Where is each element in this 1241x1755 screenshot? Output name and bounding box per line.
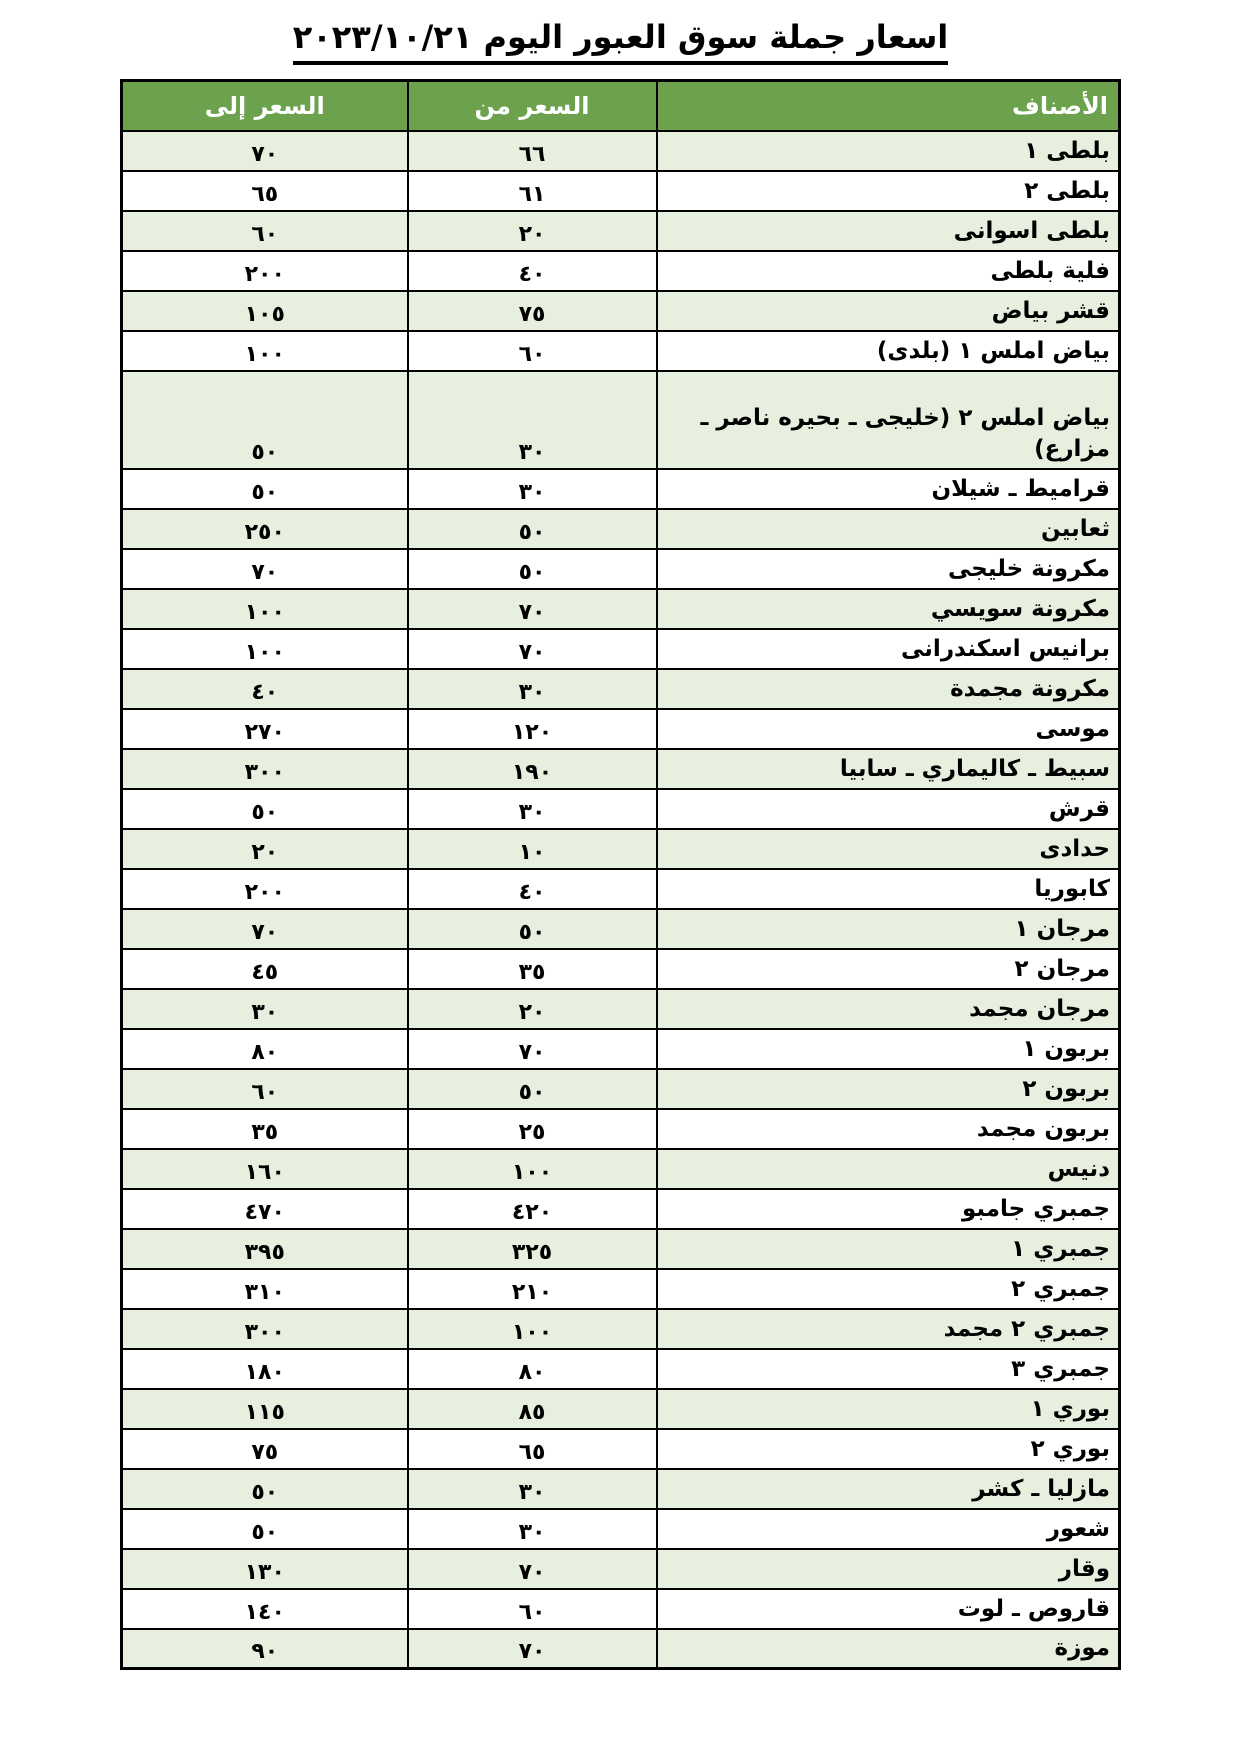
price-to-cell: ٦٥ <box>122 171 408 211</box>
item-name-cell: جمبري ٣ <box>657 1349 1120 1389</box>
table-row: جمبري ٢٢١٠٣١٠ <box>122 1269 1120 1309</box>
price-from-cell: ٦٥ <box>408 1429 657 1469</box>
price-from-cell: ٨٥ <box>408 1389 657 1429</box>
item-name-cell: ثعابين <box>657 509 1120 549</box>
price-to-cell: ٥٠ <box>122 1469 408 1509</box>
table-row: قاروص ـ لوت٦٠١٤٠ <box>122 1589 1120 1629</box>
table-row: مرجان ٢٣٥٤٥ <box>122 949 1120 989</box>
price-from-cell: ٣٠ <box>408 669 657 709</box>
table-row: مرجان ١٥٠٧٠ <box>122 909 1120 949</box>
price-to-cell: ٧٠ <box>122 909 408 949</box>
item-name-cell: سبيط ـ كاليماري ـ سابيا <box>657 749 1120 789</box>
price-to-cell: ٨٠ <box>122 1029 408 1069</box>
price-from-cell: ١٩٠ <box>408 749 657 789</box>
price-from-cell: ١٠ <box>408 829 657 869</box>
price-to-cell: ١٣٠ <box>122 1549 408 1589</box>
price-to-cell: ٢٠ <box>122 829 408 869</box>
item-name-cell: بوري ١ <box>657 1389 1120 1429</box>
item-name-cell: جمبري ١ <box>657 1229 1120 1269</box>
item-name-cell: قاروص ـ لوت <box>657 1589 1120 1629</box>
table-row: بلطى ١٦٦٧٠ <box>122 131 1120 171</box>
price-to-cell: ٦٠ <box>122 211 408 251</box>
price-from-cell: ٥٠ <box>408 509 657 549</box>
item-name-cell: كابوريا <box>657 869 1120 909</box>
price-to-cell: ٦٠ <box>122 1069 408 1109</box>
price-from-cell: ٣٠ <box>408 1509 657 1549</box>
table-row: موزة٧٠٩٠ <box>122 1629 1120 1669</box>
table-row: مرجان مجمد٢٠٣٠ <box>122 989 1120 1029</box>
table-row: بلطى ٢٦١٦٥ <box>122 171 1120 211</box>
item-name-cell: بلطى ٢ <box>657 171 1120 211</box>
price-to-cell: ١٦٠ <box>122 1149 408 1189</box>
price-from-cell: ٤٢٠ <box>408 1189 657 1229</box>
table-row: جمبري ٣٨٠١٨٠ <box>122 1349 1120 1389</box>
item-name-cell: بربون مجمد <box>657 1109 1120 1149</box>
price-from-cell: ٣٠ <box>408 371 657 469</box>
price-from-cell: ٨٠ <box>408 1349 657 1389</box>
table-row: مكرونة سويسي٧٠١٠٠ <box>122 589 1120 629</box>
item-name-cell: فلية بلطى <box>657 251 1120 291</box>
price-to-cell: ٣٠٠ <box>122 1309 408 1349</box>
item-name-cell: وقار <box>657 1549 1120 1589</box>
price-from-cell: ٦٠ <box>408 1589 657 1629</box>
table-row: بوري ١٨٥١١٥ <box>122 1389 1120 1429</box>
table-row: ثعابين٥٠٢٥٠ <box>122 509 1120 549</box>
table-row: دنيس١٠٠١٦٠ <box>122 1149 1120 1189</box>
document-page: اسعار جملة سوق العبور اليوم ٢٠٢٣/١٠/٢١ ا… <box>0 0 1241 1755</box>
table-row: بلطى اسوانى٢٠٦٠ <box>122 211 1120 251</box>
price-to-cell: ٢٧٠ <box>122 709 408 749</box>
price-to-cell: ٣٩٥ <box>122 1229 408 1269</box>
table-row: جمبري ٢ مجمد١٠٠٣٠٠ <box>122 1309 1120 1349</box>
price-from-cell: ١٢٠ <box>408 709 657 749</box>
price-to-cell: ٢٠٠ <box>122 869 408 909</box>
price-from-cell: ٤٠ <box>408 869 657 909</box>
price-from-cell: ٧٠ <box>408 629 657 669</box>
item-name-cell: بوري ٢ <box>657 1429 1120 1469</box>
page-title: اسعار جملة سوق العبور اليوم ٢٠٢٣/١٠/٢١ <box>293 18 949 65</box>
price-to-cell: ٤٥ <box>122 949 408 989</box>
table-row: شعور٣٠٥٠ <box>122 1509 1120 1549</box>
price-from-cell: ٢٠ <box>408 211 657 251</box>
price-from-cell: ٢١٠ <box>408 1269 657 1309</box>
column-header-price-from: السعر من <box>408 81 657 131</box>
item-name-cell: شعور <box>657 1509 1120 1549</box>
price-to-cell: ٤٧٠ <box>122 1189 408 1229</box>
table-row: وقار٧٠١٣٠ <box>122 1549 1120 1589</box>
price-from-cell: ٣٢٥ <box>408 1229 657 1269</box>
column-header-price-to: السعر إلى <box>122 81 408 131</box>
item-name-cell: مرجان ١ <box>657 909 1120 949</box>
column-header-items: الأصناف <box>657 81 1120 131</box>
table-row: بوري ٢٦٥٧٥ <box>122 1429 1120 1469</box>
item-name-cell: قرش <box>657 789 1120 829</box>
item-name-cell: بربون ٢ <box>657 1069 1120 1109</box>
price-to-cell: ٣٥ <box>122 1109 408 1149</box>
table-row: سبيط ـ كاليماري ـ سابيا١٩٠٣٠٠ <box>122 749 1120 789</box>
price-table: الأصناف السعر من السعر إلى بلطى ١٦٦٧٠بلط… <box>120 79 1121 1670</box>
price-to-cell: ٥٠ <box>122 789 408 829</box>
price-from-cell: ٦٦ <box>408 131 657 171</box>
table-row: بياض املس ١ (بلدى)٦٠١٠٠ <box>122 331 1120 371</box>
price-to-cell: ٣٠٠ <box>122 749 408 789</box>
item-name-cell: موزة <box>657 1629 1120 1669</box>
price-from-cell: ٧٠ <box>408 589 657 629</box>
price-to-cell: ٧٥ <box>122 1429 408 1469</box>
item-name-cell: بلطى ١ <box>657 131 1120 171</box>
price-from-cell: ٥٠ <box>408 549 657 589</box>
table-row: جمبري جامبو٤٢٠٤٧٠ <box>122 1189 1120 1229</box>
price-from-cell: ٣٠ <box>408 1469 657 1509</box>
price-to-cell: ١٤٠ <box>122 1589 408 1629</box>
item-name-cell: مكرونة مجمدة <box>657 669 1120 709</box>
price-to-cell: ١٨٠ <box>122 1349 408 1389</box>
item-name-cell: مرجان ٢ <box>657 949 1120 989</box>
price-to-cell: ١١٥ <box>122 1389 408 1429</box>
item-name-cell: بياض املس ١ (بلدى) <box>657 331 1120 371</box>
price-from-cell: ٧٠ <box>408 1029 657 1069</box>
table-row: موسى١٢٠٢٧٠ <box>122 709 1120 749</box>
price-to-cell: ٥٠ <box>122 469 408 509</box>
item-name-cell: موسى <box>657 709 1120 749</box>
item-name-cell: جمبري جامبو <box>657 1189 1120 1229</box>
price-from-cell: ٤٠ <box>408 251 657 291</box>
table-row: مازليا ـ كشر٣٠٥٠ <box>122 1469 1120 1509</box>
price-table-body: بلطى ١٦٦٧٠بلطى ٢٦١٦٥بلطى اسوانى٢٠٦٠فلية … <box>122 131 1120 1669</box>
price-to-cell: ١٠٠ <box>122 331 408 371</box>
item-name-cell: دنيس <box>657 1149 1120 1189</box>
item-name-cell: مازليا ـ كشر <box>657 1469 1120 1509</box>
price-from-cell: ١٠٠ <box>408 1309 657 1349</box>
price-from-cell: ٧٠ <box>408 1549 657 1589</box>
price-to-cell: ١٠٠ <box>122 589 408 629</box>
item-name-cell: مكرونة سويسي <box>657 589 1120 629</box>
price-table-header: الأصناف السعر من السعر إلى <box>122 81 1120 131</box>
price-to-cell: ١٠٠ <box>122 629 408 669</box>
price-to-cell: ٩٠ <box>122 1629 408 1669</box>
price-from-cell: ٥٠ <box>408 909 657 949</box>
item-name-cell: مرجان مجمد <box>657 989 1120 1029</box>
price-from-cell: ٦١ <box>408 171 657 211</box>
table-row: مكرونة خليجى٥٠٧٠ <box>122 549 1120 589</box>
price-to-cell: ٧٠ <box>122 549 408 589</box>
price-from-cell: ٧٠ <box>408 1629 657 1669</box>
item-name-cell: جمبري ٢ مجمد <box>657 1309 1120 1349</box>
price-from-cell: ٢٥ <box>408 1109 657 1149</box>
price-from-cell: ٣٥ <box>408 949 657 989</box>
price-to-cell: ٢٠٠ <box>122 251 408 291</box>
table-row: كابوريا٤٠٢٠٠ <box>122 869 1120 909</box>
table-row: بربون ١٧٠٨٠ <box>122 1029 1120 1069</box>
item-name-cell: بربون ١ <box>657 1029 1120 1069</box>
price-to-cell: ٥٠ <box>122 1509 408 1549</box>
price-from-cell: ١٠٠ <box>408 1149 657 1189</box>
item-name-cell: جمبري ٢ <box>657 1269 1120 1309</box>
item-name-cell: قراميط ـ شيلان <box>657 469 1120 509</box>
price-from-cell: ٢٠ <box>408 989 657 1029</box>
price-to-cell: ٤٠ <box>122 669 408 709</box>
table-row: حدادى١٠٢٠ <box>122 829 1120 869</box>
price-from-cell: ٧٥ <box>408 291 657 331</box>
price-from-cell: ٦٠ <box>408 331 657 371</box>
price-to-cell: ٥٠ <box>122 371 408 469</box>
price-to-cell: ٣٠ <box>122 989 408 1029</box>
table-row: بربون مجمد٢٥٣٥ <box>122 1109 1120 1149</box>
item-name-cell: حدادى <box>657 829 1120 869</box>
table-row: مكرونة مجمدة٣٠٤٠ <box>122 669 1120 709</box>
table-row: قشر بياض٧٥١٠٥ <box>122 291 1120 331</box>
item-name-cell: بلطى اسوانى <box>657 211 1120 251</box>
table-row: فلية بلطى٤٠٢٠٠ <box>122 251 1120 291</box>
header-row: الأصناف السعر من السعر إلى <box>122 81 1120 131</box>
item-name-cell: برانيس اسكندرانى <box>657 629 1120 669</box>
item-name-cell: بياض املس ٢ (خليجى ـ بحيره ناصر ـ مزارع) <box>657 371 1120 469</box>
price-from-cell: ٥٠ <box>408 1069 657 1109</box>
table-row: قرش٣٠٥٠ <box>122 789 1120 829</box>
table-row: بياض املس ٢ (خليجى ـ بحيره ناصر ـ مزارع)… <box>122 371 1120 469</box>
item-name-cell: مكرونة خليجى <box>657 549 1120 589</box>
item-name-cell: قشر بياض <box>657 291 1120 331</box>
table-row: برانيس اسكندرانى٧٠١٠٠ <box>122 629 1120 669</box>
price-to-cell: ٧٠ <box>122 131 408 171</box>
price-to-cell: ٣١٠ <box>122 1269 408 1309</box>
price-to-cell: ٢٥٠ <box>122 509 408 549</box>
price-to-cell: ١٠٥ <box>122 291 408 331</box>
price-from-cell: ٣٠ <box>408 789 657 829</box>
price-from-cell: ٣٠ <box>408 469 657 509</box>
table-row: قراميط ـ شيلان٣٠٥٠ <box>122 469 1120 509</box>
title-area: اسعار جملة سوق العبور اليوم ٢٠٢٣/١٠/٢١ <box>0 0 1241 65</box>
table-row: جمبري ١٣٢٥٣٩٥ <box>122 1229 1120 1269</box>
table-row: بربون ٢٥٠٦٠ <box>122 1069 1120 1109</box>
